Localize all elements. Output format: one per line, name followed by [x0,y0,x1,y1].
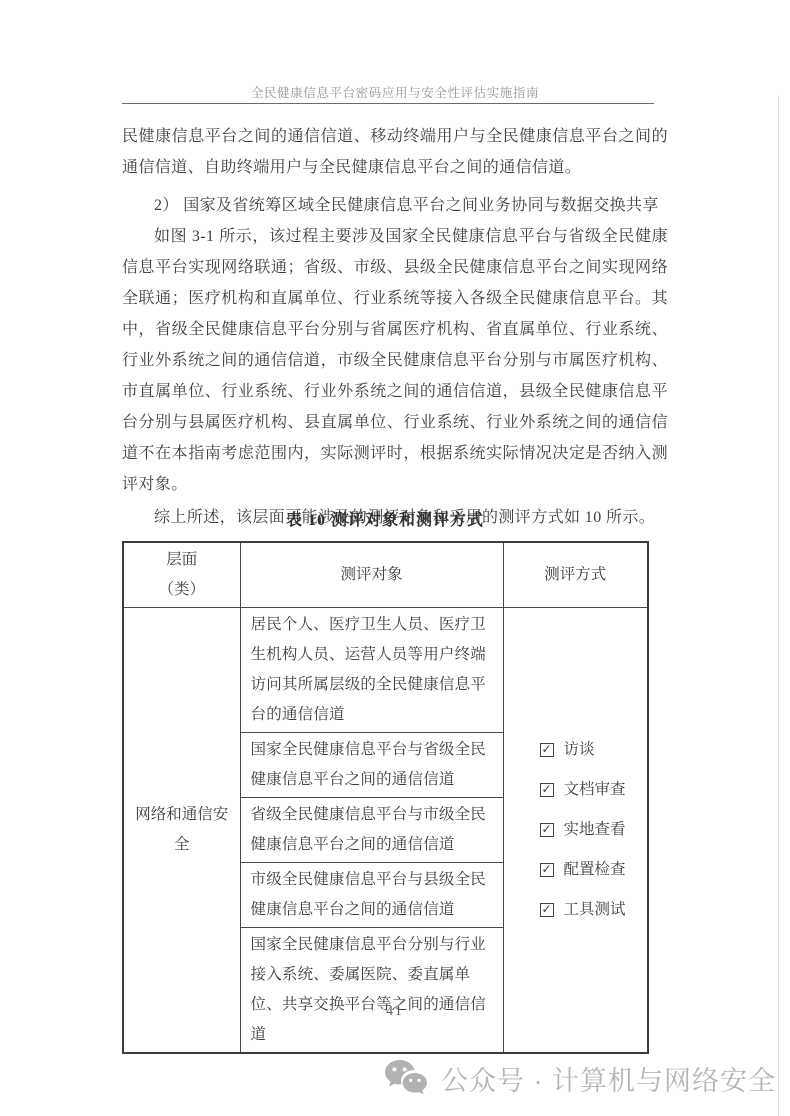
method-label: 文档审查 [564,780,626,800]
body-text: 民健康信息平台之间的通信信道、移动终端用户与全民健康信息平台之间的通信信道、自助… [122,121,668,533]
layer-cell: 网络和通信安全 [123,608,240,1054]
object-cell: 省级全民健康信息平台与市级全民健康信息平台之间的通信信道 [240,798,503,863]
scan-edge-line [778,95,779,1116]
method-label: 配置检查 [564,860,626,880]
method-item: ✓ 实地查看 [540,820,638,840]
checked-checkbox-icon: ✓ [540,823,554,837]
method-label: 访谈 [564,740,595,760]
header-rule [122,103,654,104]
column-header-object: 测评对象 [240,542,503,608]
object-cell: 居民个人、医疗卫生人员、医疗卫生机构人员、运营人员等用户终端访问其所属层级的全民… [240,608,503,733]
assessment-table-block: 表 10 测评对象和测评方式 层面 （类） 测评对象 测评方式 网络和通信安全 … [122,507,648,1054]
object-cell: 国家全民健康信息平台与省级全民健康信息平台之间的通信信道 [240,733,503,798]
document-page: 全民健康信息平台密码应用与安全性评估实施指南 民健康信息平台之间的通信信道、移动… [0,0,790,1116]
paragraph: 2） 国家及省统筹区域全民健康信息平台之间业务协同与数据交换共享 [122,190,668,221]
method-item: ✓ 访谈 [540,740,638,760]
method-item: ✓ 工具测试 [540,900,638,920]
assessment-table: 层面 （类） 测评对象 测评方式 网络和通信安全 居民个人、医疗卫生人员、医疗卫… [122,541,649,1054]
checked-checkbox-icon: ✓ [540,903,554,917]
method-label: 实地查看 [564,820,626,840]
paragraph: 如图 3-1 所示，该过程主要涉及国家全民健康信息平台与省级全民健康信息平台实现… [122,221,668,500]
object-cell: 国家全民健康信息平台分别与行业接入系统、委属医院、委直属单位、共享交换平台等之间… [240,928,503,1054]
page-number: 41 [0,1003,790,1019]
watermark-label: 公众号 · 计算机与网络安全 [441,1059,776,1098]
object-cell: 市级全民健康信息平台与县级全民健康信息平台之间的通信信道 [240,863,503,928]
paragraph: 民健康信息平台之间的通信信道、移动终端用户与全民健康信息平台之间的通信信道、自助… [122,121,668,183]
method-label: 工具测试 [564,900,626,920]
watermark: 公众号 · 计算机与网络安全 [383,1058,776,1098]
wechat-icon [383,1058,429,1098]
checked-checkbox-icon: ✓ [540,743,554,757]
method-cell: ✓ 访谈 ✓ 文档审查 ✓ 实地查看 ✓ 配置检 [503,608,648,1054]
page-header-title: 全民健康信息平台密码应用与安全性评估实施指南 [0,83,790,101]
method-list: ✓ 访谈 ✓ 文档审查 ✓ 实地查看 ✓ 配置检 [514,740,638,920]
checked-checkbox-icon: ✓ [540,783,554,797]
method-item: ✓ 文档审查 [540,780,638,800]
checked-checkbox-icon: ✓ [540,863,554,877]
column-header-layer: 层面 （类） [123,542,240,608]
method-item: ✓ 配置检查 [540,860,638,880]
column-header-method: 测评方式 [503,542,648,608]
table-title: 表 10 测评对象和测评方式 [122,507,648,530]
